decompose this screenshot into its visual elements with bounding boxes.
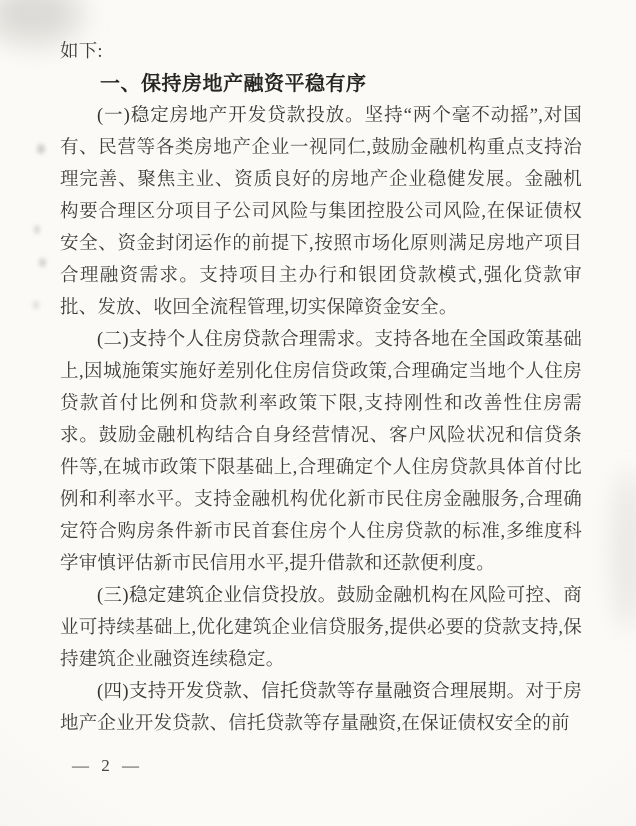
paragraph-2-lead: (二)支持个人住房贷款合理需求。 (97, 330, 374, 350)
paragraph-4-lead: (四)支持开发贷款、信托贷款等存量融资合理展期。 (97, 682, 526, 702)
document-page: 如下: 一、保持房地产融资平稳有序 (一)稳定房地产开发贷款投放。坚持“两个毫不… (0, 0, 636, 826)
paragraph-1: (一)稳定房地产开发贷款投放。坚持“两个毫不动摇”,对国有、民营等各类房地产企业… (60, 100, 582, 324)
paragraph-2-body: 支持各地在全国政策基础上,因城施策实施好差别化住房信贷政策,合理确定当地个人住房… (60, 330, 582, 574)
paragraph-1-lead: (一)稳定房地产开发贷款投放。 (97, 106, 365, 126)
paragraph-2: (二)支持个人住房贷款合理需求。支持各地在全国政策基础上,因城施策实施好差别化住… (60, 324, 582, 580)
paragraph-4: (四)支持开发贷款、信托贷款等存量融资合理展期。对于房地产企业开发贷款、信托贷款… (60, 676, 582, 740)
scan-artifact (33, 301, 39, 309)
scan-artifact (39, 258, 46, 267)
scan-artifact (34, 225, 40, 234)
paragraph-1-body: 坚持“两个毫不动摇”,对国有、民营等各类房地产企业一视同仁,鼓励金融机构重点支持… (60, 106, 582, 318)
paragraph-3-lead: (三)稳定建筑企业信贷投放。 (97, 586, 337, 606)
scan-artifact (37, 144, 45, 154)
page-number: — 2 — (72, 750, 143, 782)
paragraph-3: (三)稳定建筑企业信贷投放。鼓励金融机构在风险可控、商业可持续基础上,优化建筑企… (60, 580, 582, 676)
intro-text: 如下: (60, 36, 582, 68)
section-heading: 一、保持房地产融资平稳有序 (60, 68, 582, 100)
scan-artifact (612, 470, 636, 630)
